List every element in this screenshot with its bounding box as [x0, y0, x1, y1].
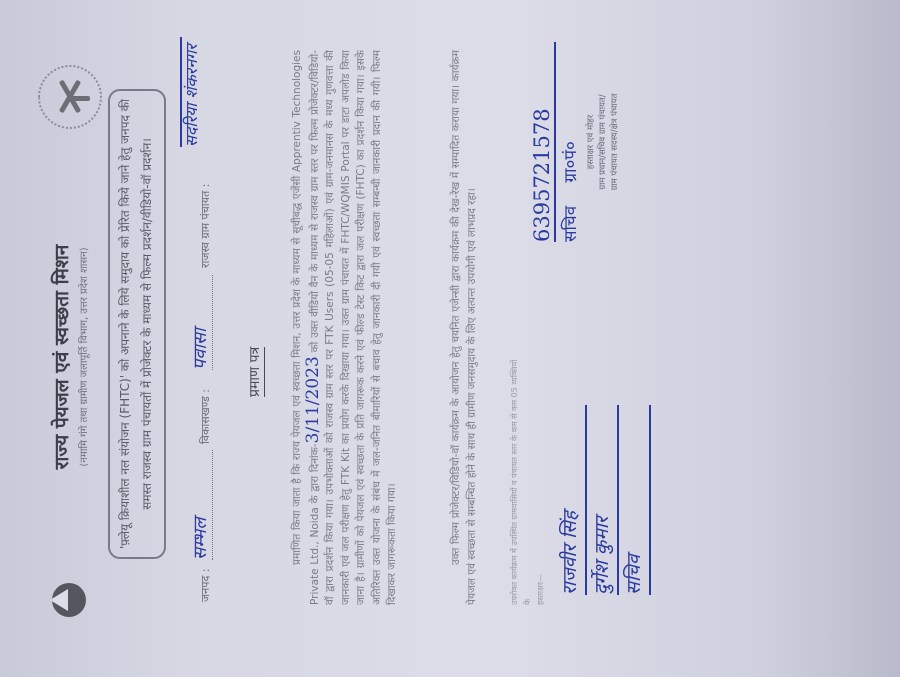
gram-panchayat-label: राजस्व ग्राम पंचायत :: [198, 184, 213, 268]
banner-line-1: 'फ़्लेयू क्रियाशील नल संयोजन (FHTC)' को …: [114, 91, 136, 557]
official-label-line-3: ग्राम पंचायत सदस्य/क्षेत्र पंचायत: [609, 42, 621, 242]
certificate-title: प्रमाण पत्र: [245, 347, 265, 397]
block-value: पवासा: [188, 275, 213, 370]
mission-title: राज्य पेयजल एवं स्वच्छता मिशन: [48, 137, 74, 577]
witness-signature-1: राजवीर सिंह: [555, 405, 587, 595]
body-part-2: को उक्त वीडियो वैन के माध्यम से राजस्व ग…: [309, 50, 399, 605]
certificate-paragraph-2: उक्त फिल्म प्रोजेक्टर/विडियो-वॉ कार्यक्र…: [448, 50, 480, 605]
witness-signature-2: दुर्गेश कुमार: [587, 405, 619, 595]
official-signature-block: 6395721578 सचिव ग्रा०पं० हस्ताक्षर एवं म…: [530, 42, 621, 242]
witness-note-line-2: हस्ताक्षर—: [534, 355, 547, 605]
event-date: 3/11/2023: [303, 356, 323, 443]
witness-signature-3: सचिव: [619, 405, 651, 595]
official-phone: 6395721578: [530, 42, 554, 242]
certificate-page: राज्य पेयजल एवं स्वच्छता मिशन (नमामि गंग…: [0, 0, 900, 677]
district-label: जनपद :: [198, 568, 213, 602]
official-signature: सचिव ग्रा०पं०: [554, 42, 581, 242]
witness-signatures: राजवीर सिंह दुर्गेश कुमार सचिव: [555, 375, 651, 595]
official-signature-suffix: ग्रा०पं०: [561, 141, 581, 182]
swachh-bharat-logo-stem: [68, 96, 90, 101]
official-signature-name: सचिव: [561, 206, 581, 242]
jal-jeevan-mission-logo-icon: [52, 583, 86, 617]
mission-subtitle: (नमामि गंगे तथा ग्रामीण जलापूर्ति विभाग,…: [76, 137, 90, 577]
gram-panchayat-value: सदरिया शंकरनगर: [180, 37, 202, 147]
district-value: सम्भल: [188, 450, 213, 560]
location-fields: जनपद : सम्भल विकासखण्ड : पवासा राजस्व ग्…: [188, 42, 228, 602]
banner-line-2: समस्त राजस्व ग्राम पंचायतों में प्रोजेक्…: [136, 91, 158, 557]
block-label: विकासखण्ड :: [198, 389, 213, 444]
witness-note: उपरोक्त कार्यक्रम में उपस्थित ग्रामवासिय…: [508, 355, 547, 605]
campaign-banner: 'फ़्लेयू क्रियाशील नल संयोजन (FHTC)' को …: [108, 89, 166, 559]
official-signature-label: हस्ताक्षर एवं मोहर ग्राम प्रधान/सचिव ग्र…: [585, 42, 621, 242]
witness-note-line-1: उपरोक्त कार्यक्रम में उपस्थित ग्रामवासिय…: [508, 355, 534, 605]
official-label-line-2: ग्राम प्रधान/सचिव ग्राम पंचायत/: [597, 42, 609, 242]
official-label-line-1: हस्ताक्षर एवं मोहर: [585, 42, 597, 242]
certificate-body: प्रमाणित किया जाता है कि राज्य पेयजल एवं…: [290, 50, 401, 605]
